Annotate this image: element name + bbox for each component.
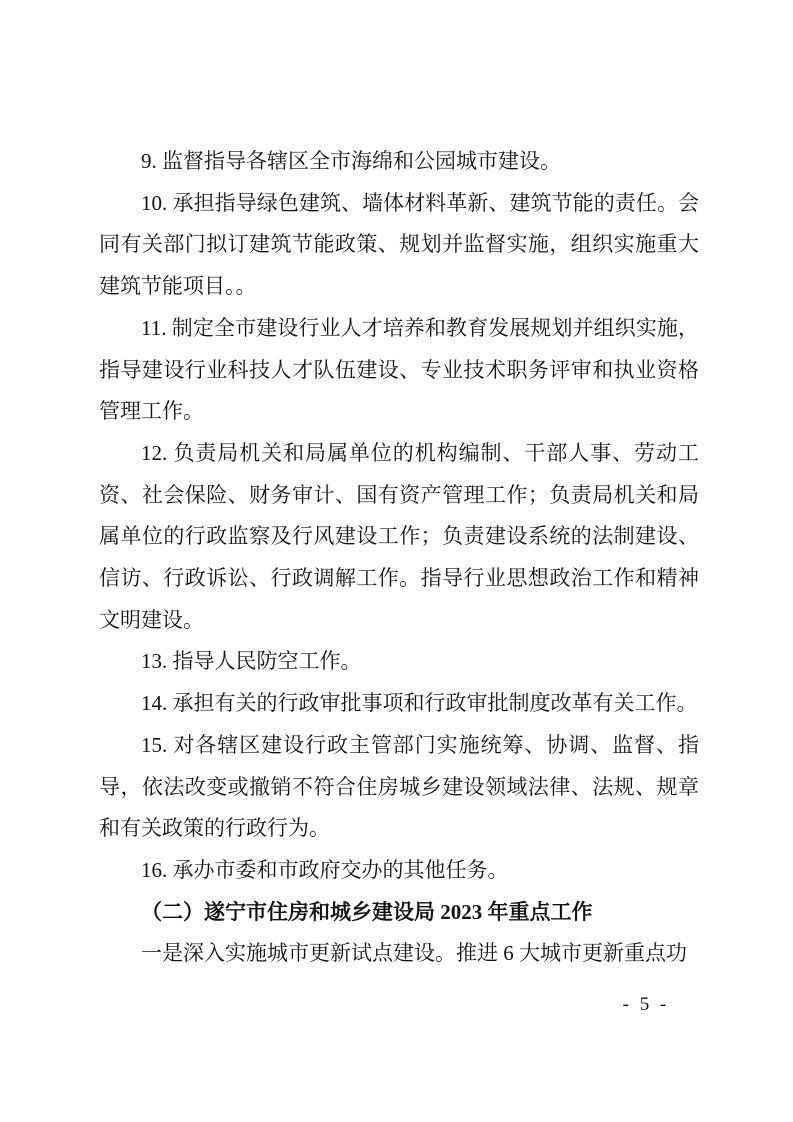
paragraph-item-16: 16. 承办市委和市政府交办的其他任务。	[99, 850, 699, 892]
paragraph-item-11: 11. 制定全市建设行业人才培养和教育发展规划并组织实施，指导建设行业科技人才队…	[99, 308, 699, 433]
paragraph-intro-line: 一是深入实施城市更新试点建设。推进 6 大城市更新重点功	[99, 933, 699, 975]
section-heading: （二）遂宁市住房和城乡建设局 2023 年重点工作	[99, 892, 699, 934]
document-content: 9. 监督指导各辖区全市海绵和公园城市建设。 10. 承担指导绿色建筑、墙体材料…	[99, 141, 699, 975]
paragraph-item-10: 10. 承担指导绿色建筑、墙体材料革新、建筑节能的责任。会同有关部门拟订建筑节能…	[99, 183, 699, 308]
document-page: 9. 监督指导各辖区全市海绵和公园城市建设。 10. 承担指导绿色建筑、墙体材料…	[0, 0, 793, 1122]
paragraph-item-13: 13. 指导人民防空工作。	[99, 641, 699, 683]
page-number: - 5 -	[596, 986, 696, 1024]
paragraph-item-15: 15. 对各辖区建设行政主管部门实施统筹、协调、监督、指导，依法改变或撤销不符合…	[99, 725, 699, 850]
paragraph-item-12: 12. 负责局机关和局属单位的机构编制、干部人事、劳动工资、社会保险、财务审计、…	[99, 433, 699, 642]
paragraph-item-9: 9. 监督指导各辖区全市海绵和公园城市建设。	[99, 141, 699, 183]
paragraph-item-14: 14. 承担有关的行政审批事项和行政审批制度改革有关工作。	[99, 683, 699, 725]
